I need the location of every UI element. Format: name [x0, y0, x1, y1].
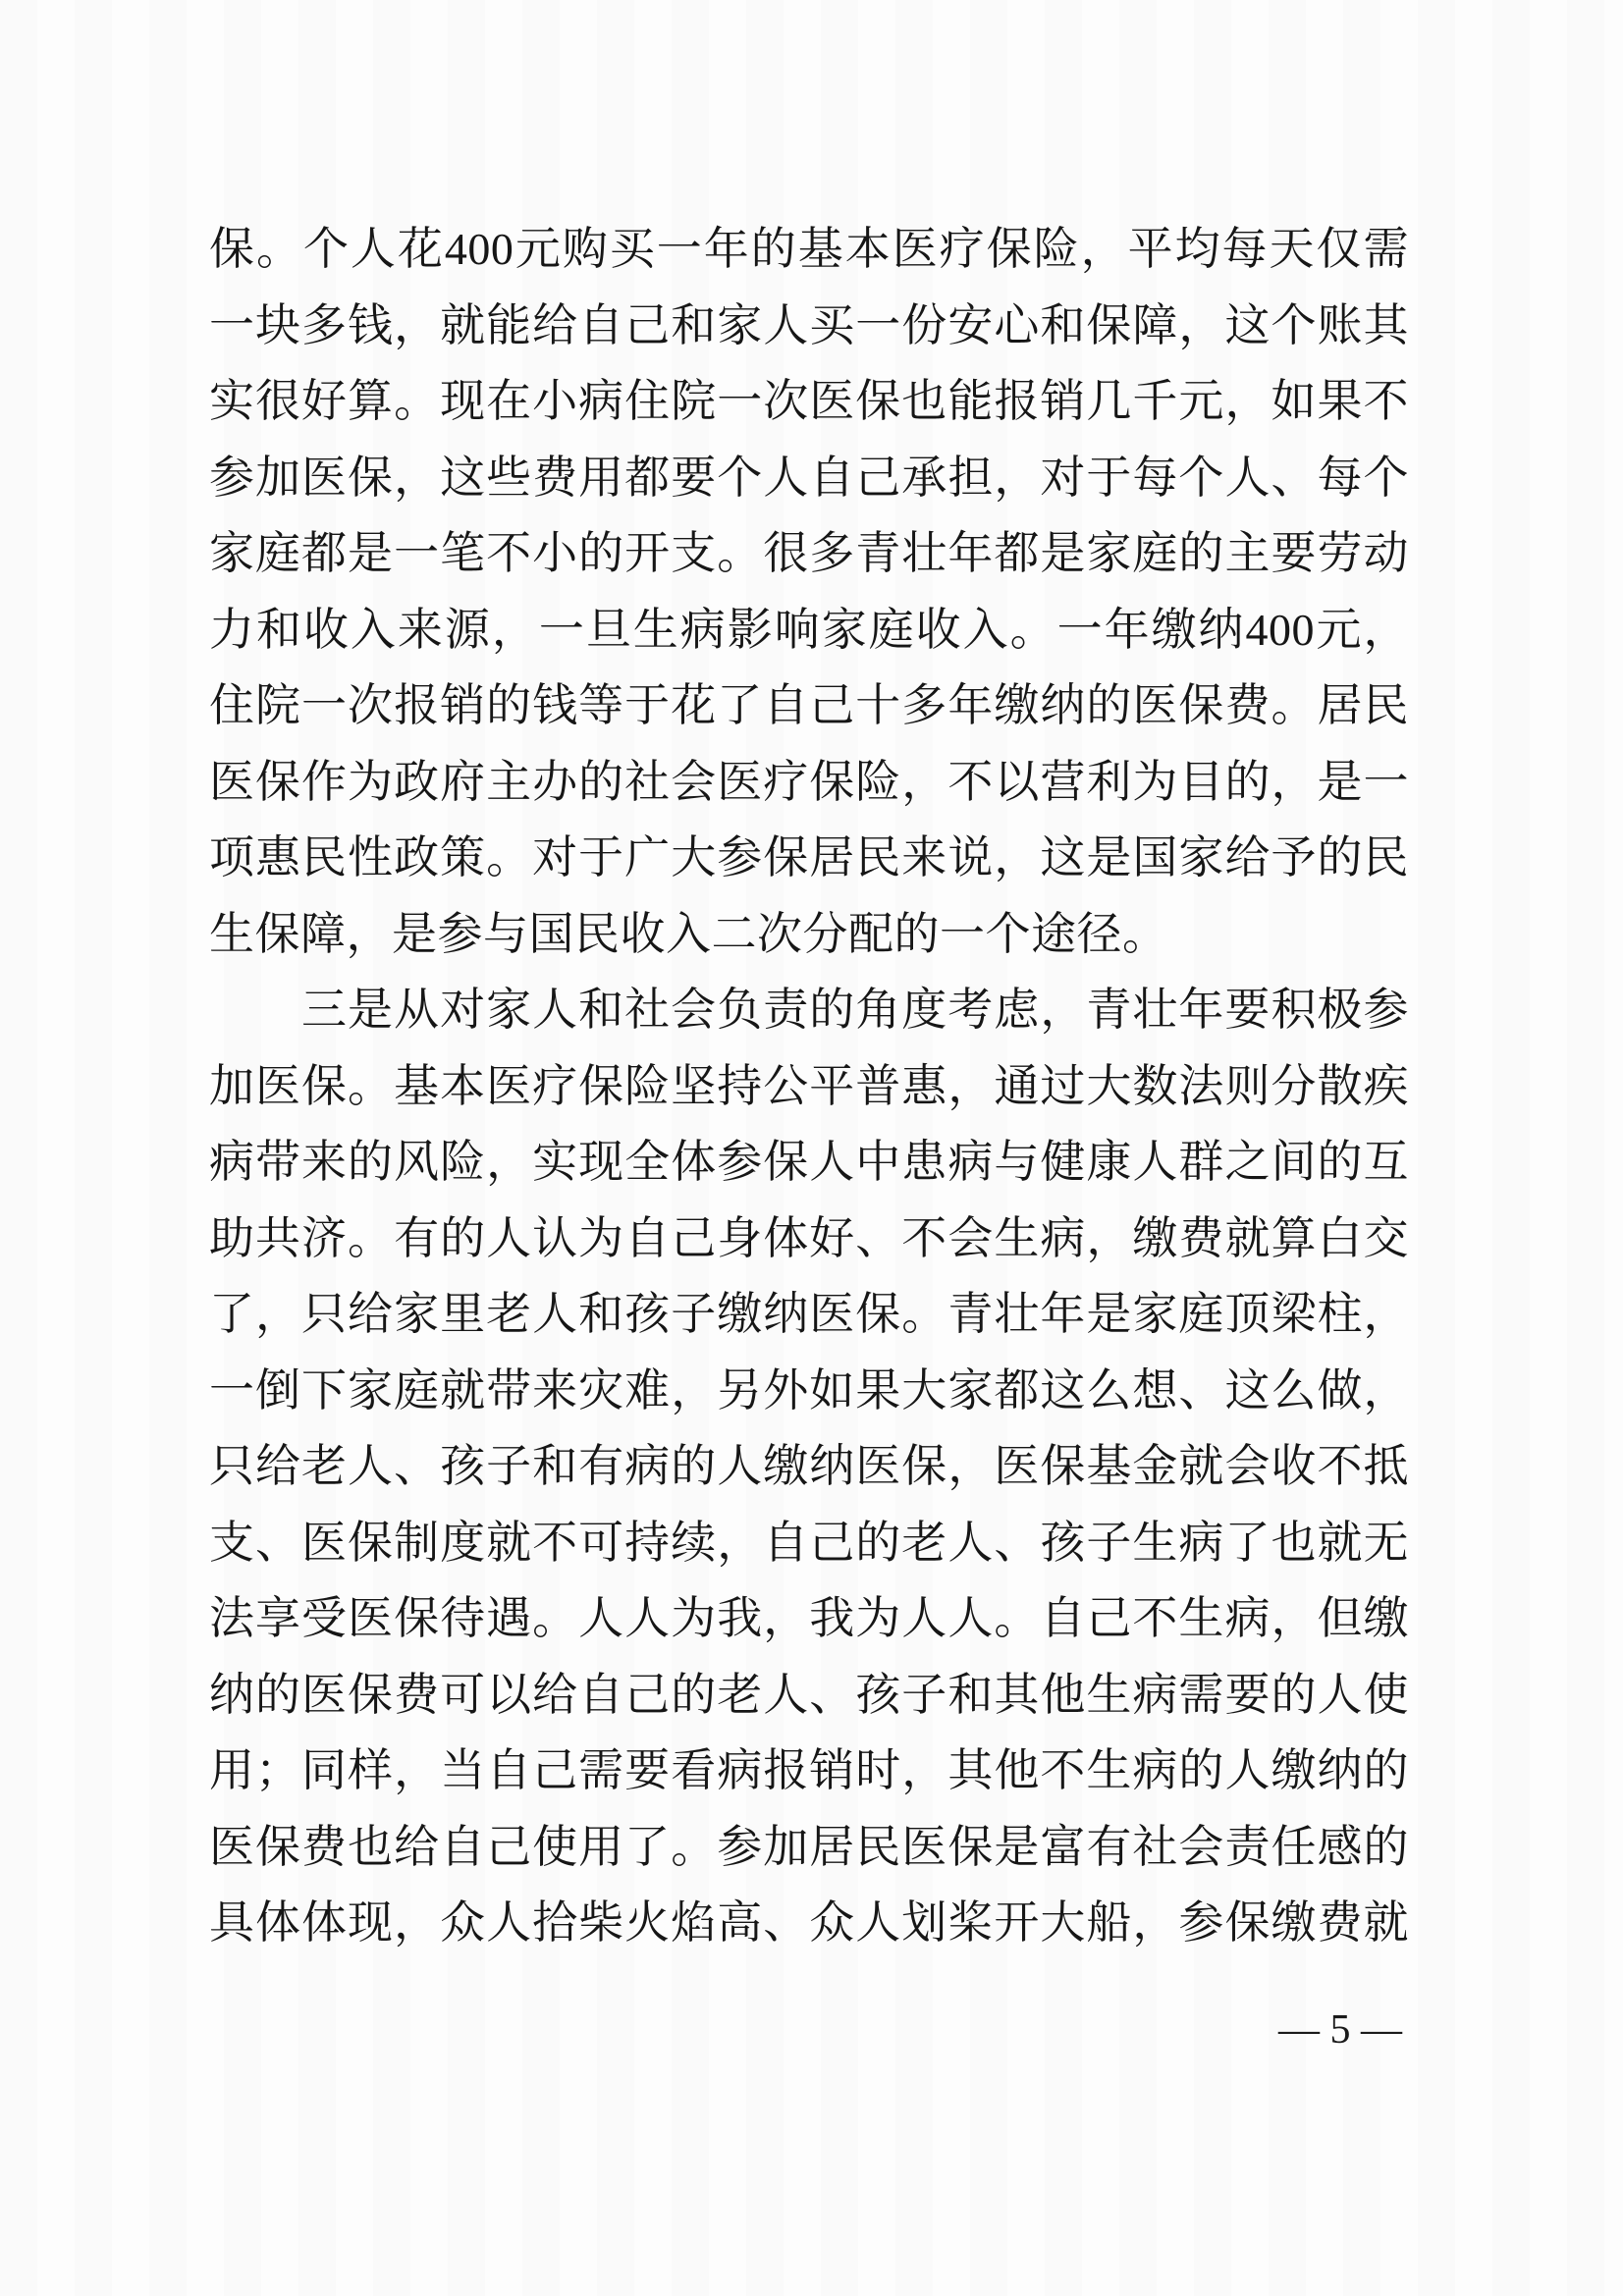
text-line-8: 医保作为政府主办的社会医疗保险，不以营利为目的，是一 [209, 744, 1409, 821]
text-line-12: 加医保。基本医疗保险坚持公平普惠，通过大数法则分散疾 [209, 1048, 1409, 1125]
text-line-22: 医保费也给自己使用了。参加居民医保是富有社会责任感的 [209, 1809, 1409, 1886]
text-line-2: 一块多钱，就能给自己和家人买一份安心和保障，这个账其 [209, 288, 1409, 364]
text-line-1: 保。个人花400元购买一年的基本医疗保险，平均每天仅需 [209, 211, 1409, 288]
text-line-11: 三是从对家人和社会负责的角度考虑，青壮年要积极参 [209, 972, 1409, 1048]
text-line-17: 只给老人、孩子和有病的人缴纳医保，医保基金就会收不抵 [209, 1428, 1409, 1505]
text-line-4: 参加医保，这些费用都要个人自己承担，对于每个人、每个 [209, 440, 1409, 516]
text-line-18: 支、医保制度就不可持续，自己的老人、孩子生病了也就无 [209, 1505, 1409, 1581]
document-text: 保。个人花400元购买一年的基本医疗保险，平均每天仅需一块多钱，就能给自己和家人… [209, 211, 1409, 1961]
text-line-19: 法享受医保待遇。人人为我，我为人人。自己不生病，但缴 [209, 1580, 1409, 1657]
document-page: 保。个人花400元购买一年的基本医疗保险，平均每天仅需一块多钱，就能给自己和家人… [0, 0, 1623, 2296]
text-line-16: 一倒下家庭就带来灾难，另外如果大家都这么想、这么做， [209, 1353, 1409, 1429]
text-line-20: 纳的医保费可以给自己的老人、孩子和其他生病需要的人使 [209, 1657, 1409, 1734]
text-line-15: 了，只给家里老人和孩子缴纳医保。青壮年是家庭顶梁柱， [209, 1276, 1409, 1353]
text-line-10: 生保障，是参与国民收入二次分配的一个途径。 [209, 896, 1409, 973]
scan-artifact: ˏ [701, 1441, 708, 1463]
text-line-6: 力和收入来源，一旦生病影响家庭收入。一年缴纳400元， [209, 592, 1409, 668]
text-line-14: 助共济。有的人认为自己身体好、不会生病，缴费就算白交 [209, 1201, 1409, 1277]
text-line-21: 用；同样，当自己需要看病报销时，其他不生病的人缴纳的 [209, 1733, 1409, 1809]
text-line-13: 病带来的风险，实现全体参保人中患病与健康人群之间的互 [209, 1124, 1409, 1201]
text-line-3: 实很好算。现在小病住院一次医保也能报销几千元，如果不 [209, 363, 1409, 440]
text-line-5: 家庭都是一笔不小的开支。很多青壮年都是家庭的主要劳动 [209, 515, 1409, 592]
text-line-23: 具体体现，众人拾柴火焰高、众人划桨开大船，参保缴费就 [209, 1885, 1409, 1961]
text-line-7: 住院一次报销的钱等于花了自己十多年缴纳的医保费。居民 [209, 667, 1409, 744]
page-number: — 5 — [1257, 2004, 1424, 2056]
text-line-9: 项惠民性政策。对于广大参保居民来说，这是国家给予的民 [209, 820, 1409, 896]
